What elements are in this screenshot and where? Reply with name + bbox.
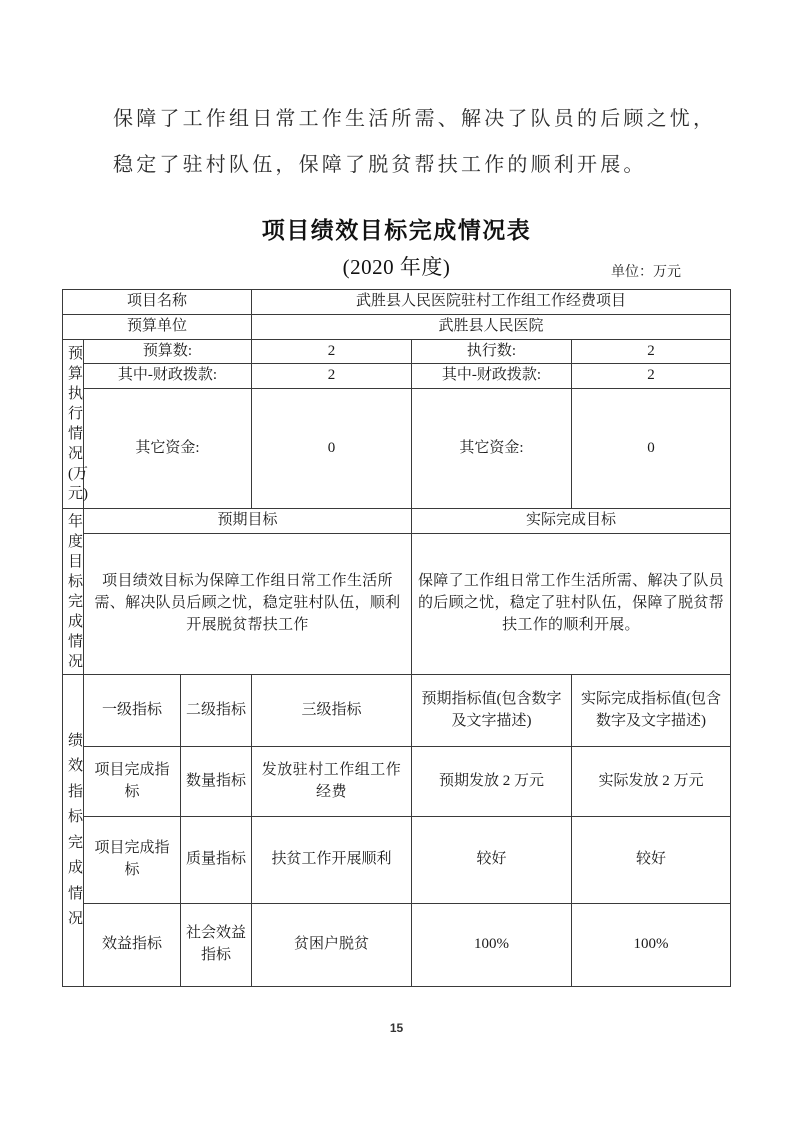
- indicator-row: 项目完成指标 数量指标 发放驻村工作组工作经费 预期发放 2 万元 实际发放 2…: [63, 747, 731, 817]
- intro-line-1: 保障了工作组日常工作生活所需、解决了队员的后顾之忧，: [113, 96, 723, 142]
- expected-goal-header: 预期目标: [84, 509, 412, 534]
- table-row: 项目绩效目标为保障工作组日常工作生活所需、解决队员后顾之忧，稳定驻村队伍，顺利开…: [63, 534, 731, 675]
- fiscal-allocation-label: 其中-财政拨款:: [84, 364, 252, 389]
- project-name-value: 武胜县人民医院驻村工作组工作经费项目: [252, 290, 731, 315]
- actual-goal-header: 实际完成目标: [412, 509, 731, 534]
- table-row: 其它资金: 0 其它资金: 0: [63, 389, 731, 509]
- indicator-vertical-label: 绩 效 指 标 完 成 情 况: [68, 729, 78, 933]
- indicator-cell: 项目完成指标: [84, 747, 181, 817]
- indicator-cell: 100%: [412, 904, 572, 987]
- indicator-cell: 实际发放 2 万元: [572, 747, 731, 817]
- fiscal-allocation-value: 2: [252, 364, 412, 389]
- indicator-cell: 预期发放 2 万元: [412, 747, 572, 817]
- other-funds-value: 0: [252, 389, 412, 509]
- indicator-level2-header: 二级指标: [181, 675, 252, 747]
- indicator-cell: 效益指标: [84, 904, 181, 987]
- execution-figure-label: 执行数:: [412, 339, 572, 364]
- table-row: 项目名称 武胜县人民医院驻村工作组工作经费项目: [63, 290, 731, 315]
- indicator-cell: 发放驻村工作组工作经费: [252, 747, 412, 817]
- unit-label: 单位：万元: [611, 261, 681, 281]
- annual-goal-vertical-label: 年 度 目 标 完 成 情 况: [68, 512, 78, 672]
- project-name-label: 项目名称: [63, 290, 252, 315]
- fiscal-allocation-label: 其中-财政拨款:: [412, 364, 572, 389]
- execution-figure-value: 2: [572, 339, 731, 364]
- indicator-row: 项目完成指标 质量指标 扶贫工作开展顺利 较好 较好: [63, 817, 731, 904]
- budget-figure-value: 2: [252, 339, 412, 364]
- table-row: 绩 效 指 标 完 成 情 况 一级指标 二级指标 三级指标 预期指标值(包含数…: [63, 675, 731, 747]
- indicator-row: 效益指标 社会效益指标 贫困户脱贫 100% 100%: [63, 904, 731, 987]
- performance-table: 项目名称 武胜县人民医院驻村工作组工作经费项目 预算单位 武胜县人民医院 预 算…: [62, 289, 731, 987]
- indicator-level3-header: 三级指标: [252, 675, 412, 747]
- table-row: 预 算 执 行 情 况 (万 元) 预算数: 2 执行数: 2: [63, 339, 731, 364]
- indicator-cell: 扶贫工作开展顺利: [252, 817, 412, 904]
- indicator-cell: 100%: [572, 904, 731, 987]
- intro-paragraph: 保障了工作组日常工作生活所需、解决了队员的后顾之忧， 稳定了驻村队伍，保障了脱贫…: [113, 96, 723, 188]
- table-row: 其中-财政拨款: 2 其中-财政拨款: 2: [63, 364, 731, 389]
- intro-line-2: 稳定了驻村队伍，保障了脱贫帮扶工作的顺利开展。: [113, 142, 723, 188]
- indicator-level1-header: 一级指标: [84, 675, 181, 747]
- budget-section-vertical-label: 预 算 执 行 情 况 (万 元): [68, 344, 78, 504]
- actual-goal-text: 保障了工作组日常工作生活所需、解决了队员的后顾之忧，稳定了驻村队伍，保障了脱贫帮…: [412, 534, 731, 675]
- indicator-section-header: 绩 效 指 标 完 成 情 况: [63, 675, 84, 987]
- budget-unit-label: 预算单位: [63, 314, 252, 339]
- indicator-cell: 贫困户脱贫: [252, 904, 412, 987]
- expected-indicator-header: 预期指标值(包含数字及文字描述): [412, 675, 572, 747]
- indicator-cell: 社会效益指标: [181, 904, 252, 987]
- actual-indicator-header: 实际完成指标值(包含数字及文字描述): [572, 675, 731, 747]
- page-number: 15: [0, 1021, 793, 1035]
- indicator-cell: 项目完成指标: [84, 817, 181, 904]
- budget-section-header: 预 算 执 行 情 况 (万 元): [63, 339, 84, 509]
- table-row: 年 度 目 标 完 成 情 况 预期目标 实际完成目标: [63, 509, 731, 534]
- indicator-cell: 较好: [412, 817, 572, 904]
- indicator-cell: 数量指标: [181, 747, 252, 817]
- other-funds-value: 0: [572, 389, 731, 509]
- budget-figure-label: 预算数:: [84, 339, 252, 364]
- document-page: { "intro": { "line1": "保障了工作组日常工作生活所需、解决…: [0, 0, 793, 1122]
- expected-goal-text: 项目绩效目标为保障工作组日常工作生活所需、解决队员后顾之忧，稳定驻村队伍，顺利开…: [84, 534, 412, 675]
- table-row: 预算单位 武胜县人民医院: [63, 314, 731, 339]
- annual-goal-section-header: 年 度 目 标 完 成 情 况: [63, 509, 84, 675]
- fiscal-allocation-value: 2: [572, 364, 731, 389]
- indicator-cell: 较好: [572, 817, 731, 904]
- other-funds-label: 其它资金:: [84, 389, 252, 509]
- page-title: 项目绩效目标完成情况表: [0, 212, 793, 245]
- budget-unit-value: 武胜县人民医院: [252, 314, 731, 339]
- indicator-cell: 质量指标: [181, 817, 252, 904]
- other-funds-label: 其它资金:: [412, 389, 572, 509]
